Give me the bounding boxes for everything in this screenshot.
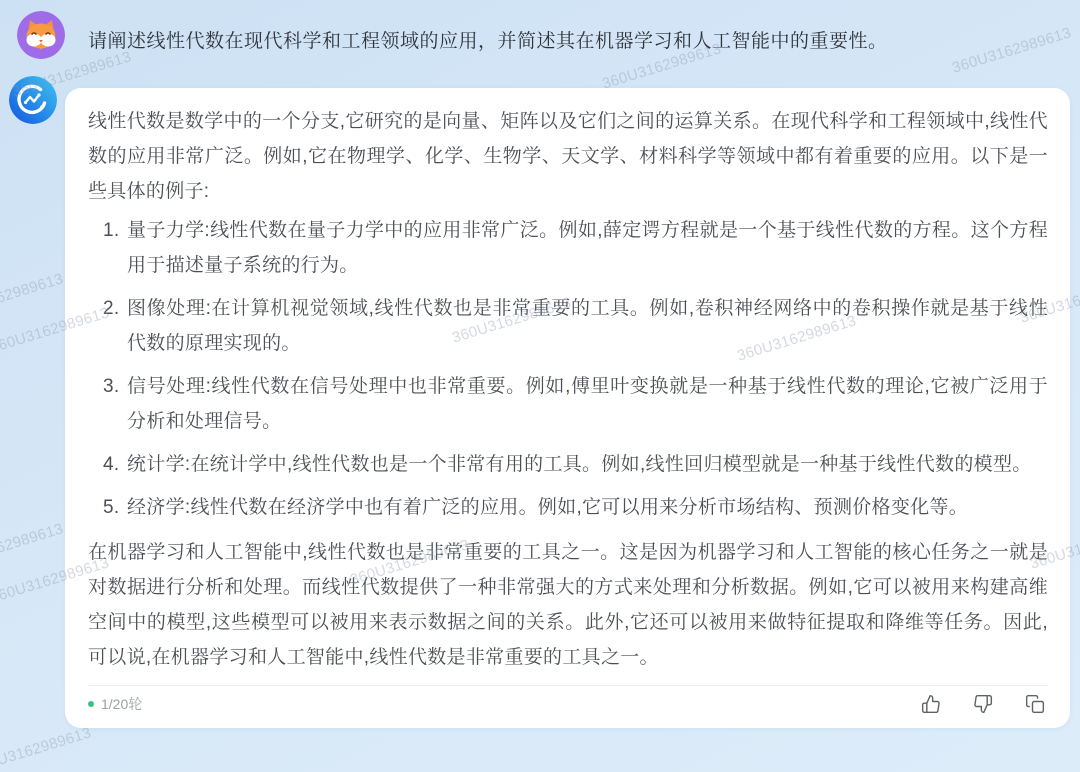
user-message-row: 请阐述线性代数在现代科学和工程领域的应用，并简述其在机器学习和人工智能中的重要性… [0,0,1080,59]
list-item-text: 量子力学:线性代数在量子力学中的应用非常广泛。例如,薛定谔方程就是一个基于线性代… [127,213,1048,283]
message-actions [920,693,1048,715]
list-item-text: 统计学:在统计学中,线性代数也是一个非常有用的工具。例如,线性回归模型就是一种基… [127,447,1048,482]
list-item-number: 4. [103,447,127,482]
fox-avatar-icon [17,11,65,59]
list-item-number: 1. [103,213,127,283]
assistant-avatar [9,76,57,124]
chat-page: 请阐述线性代数在现代科学和工程领域的应用，并简述其在机器学习和人工智能中的重要性… [0,0,1080,772]
list-item: 2. 图像处理:在计算机视觉领域,线性代数也是非常重要的工具。例如,卷积神经网络… [103,291,1048,361]
thumbs-up-icon [921,694,941,714]
thumbs-down-button[interactable] [972,693,994,715]
assistant-message-row: 线性代数是数学中的一个分支,它研究的是向量、矩阵以及它们之间的运算关系。在现代科… [0,76,1080,728]
user-avatar [17,11,65,59]
copy-icon [1025,694,1045,714]
list-item-text: 经济学:线性代数在经济学中也有着广泛的应用。例如,它可以用来分析市场结构、预测价… [127,490,1048,525]
assistant-outro-paragraph: 在机器学习和人工智能中,线性代数也是非常重要的工具之一。这是因为机器学习和人工智… [88,535,1048,675]
list-item-text: 信号处理:线性代数在信号处理中也非常重要。例如,傅里叶变换就是一种基于线性代数的… [127,369,1048,439]
assistant-intro-paragraph: 线性代数是数学中的一个分支,它研究的是向量、矩阵以及它们之间的运算关系。在现代科… [88,104,1048,209]
assistant-brain-logo-icon [9,76,57,124]
thumbs-up-button[interactable] [920,693,942,715]
thumbs-down-icon [973,694,993,714]
list-item-text: 图像处理:在计算机视觉领域,线性代数也是非常重要的工具。例如,卷积神经网络中的卷… [127,291,1048,361]
list-item: 4. 统计学:在统计学中,线性代数也是一个非常有用的工具。例如,线性回归模型就是… [103,447,1048,482]
list-item: 3. 信号处理:线性代数在信号处理中也非常重要。例如,傅里叶变换就是一种基于线性… [103,369,1048,439]
watermark: 360U3162989613 [0,724,93,772]
copy-button[interactable] [1024,693,1046,715]
list-item-number: 3. [103,369,127,439]
assistant-numbered-list: 1. 量子力学:线性代数在量子力学中的应用非常广泛。例如,薛定谔方程就是一个基于… [103,213,1048,525]
list-item: 1. 量子力学:线性代数在量子力学中的应用非常广泛。例如,薛定谔方程就是一个基于… [103,213,1048,283]
green-dot-icon [88,701,94,707]
round-counter-label: 1/20轮 [101,694,142,714]
list-item-number: 2. [103,291,127,361]
user-message-text: 请阐述线性代数在现代科学和工程领域的应用，并简述其在机器学习和人工智能中的重要性… [88,11,888,59]
list-item-number: 5. [103,490,127,525]
assistant-footer: 1/20轮 [88,686,1048,724]
assistant-message-bubble: 线性代数是数学中的一个分支,它研究的是向量、矩阵以及它们之间的运算关系。在现代科… [65,88,1070,728]
round-counter: 1/20轮 [88,694,142,714]
list-item: 5. 经济学:线性代数在经济学中也有着广泛的应用。例如,它可以用来分析市场结构、… [103,490,1048,525]
